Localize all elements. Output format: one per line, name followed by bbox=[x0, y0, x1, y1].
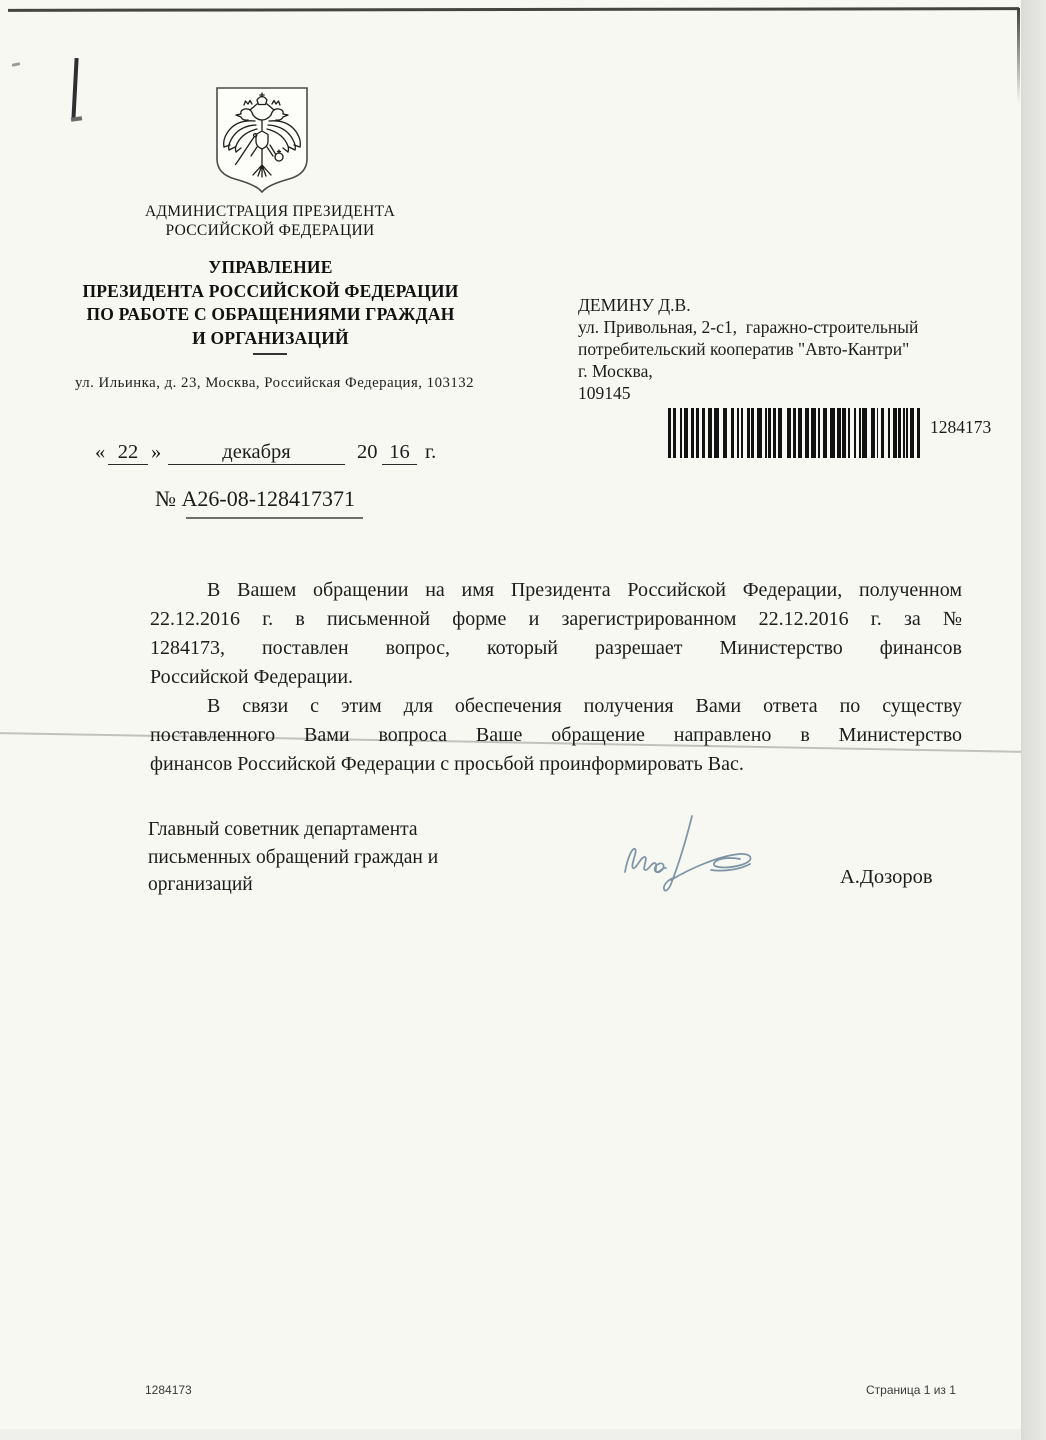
barcode-number: 1284173 bbox=[930, 417, 991, 438]
staple-mark bbox=[71, 58, 78, 120]
signer-title-line: организаций bbox=[148, 871, 438, 899]
scanner-background-bottom bbox=[0, 1429, 1021, 1440]
footer-page-info: Страница 1 из 1 bbox=[866, 1383, 956, 1397]
letter-body: В Вашем обращении на имя Президента Росс… bbox=[150, 576, 962, 779]
letterhead-divider bbox=[253, 353, 287, 355]
recipient-address-line: потребительский кооператив "Авто-Кантри" bbox=[578, 338, 918, 360]
scanner-background-right bbox=[1021, 0, 1046, 1440]
body-line: В Вашем обращении на имя Президента Росс… bbox=[150, 576, 962, 605]
signer-title: Главный советник департамента письменных… bbox=[148, 816, 438, 899]
agency-line: РОССИЙСКОЙ ФЕДЕРАЦИИ bbox=[60, 221, 480, 240]
date-open-quote: « bbox=[95, 441, 105, 464]
state-emblem-icon bbox=[213, 85, 311, 195]
reference-number-underline bbox=[186, 517, 363, 519]
staple-mark-foot bbox=[71, 116, 82, 121]
body-line: 1284173, поставлен вопрос, который разре… bbox=[150, 634, 962, 663]
recipient-postal-code: 109145 bbox=[578, 382, 918, 404]
body-line: Российской Федерации. bbox=[150, 663, 962, 692]
body-line: В связи с этим для обеспечения получения… bbox=[150, 692, 962, 721]
signer-title-line: письменных обращений граждан и bbox=[148, 844, 438, 872]
date-day: 22 bbox=[108, 441, 148, 465]
recipient-name: ДЕМИНУ Д.В. bbox=[578, 294, 918, 316]
body-line: поставленного Вами вопроса Ваше обращени… bbox=[150, 721, 962, 750]
body-line: финансов Российской Федерации с просьбой… bbox=[150, 750, 962, 779]
date-century: 20 bbox=[357, 441, 378, 464]
footer-document-number: 1284173 bbox=[145, 1383, 192, 1397]
department-line: УПРАВЛЕНИЕ bbox=[48, 256, 493, 280]
department-line: И ОРГАНИЗАЦИЙ bbox=[48, 327, 493, 351]
department-line: ПРЕЗИДЕНТА РОССИЙСКОЙ ФЕДЕРАЦИИ bbox=[48, 280, 493, 304]
date-era: г. bbox=[425, 441, 436, 464]
date-year: 16 bbox=[382, 441, 417, 465]
scan-edge-right bbox=[1017, 8, 1020, 103]
body-line: 22.12.2016 г. в письменной форме и зарег… bbox=[150, 605, 962, 634]
recipient-address-line: ул. Привольная, 2-с1, гаражно-строительн… bbox=[578, 316, 918, 338]
recipient-block: ДЕМИНУ Д.В. ул. Привольная, 2-с1, гаражн… bbox=[578, 294, 918, 404]
department-name: УПРАВЛЕНИЕ ПРЕЗИДЕНТА РОССИЙСКОЙ ФЕДЕРАЦ… bbox=[48, 256, 493, 350]
date-line: « 22 » декабря 20 16 г. bbox=[95, 441, 475, 471]
barcode-bars bbox=[668, 408, 921, 458]
handwritten-signature bbox=[613, 806, 773, 906]
date-close-quote: » bbox=[151, 441, 161, 464]
signer-name: А.Дозоров bbox=[840, 866, 933, 889]
signer-title-line: Главный советник департамента bbox=[148, 816, 438, 844]
agency-line: АДМИНИСТРАЦИЯ ПРЕЗИДЕНТА bbox=[60, 202, 480, 221]
reference-number: № А26-08-128417371 bbox=[155, 486, 355, 512]
scan-edge-top bbox=[8, 7, 1019, 12]
scanned-letter-page: АДМИНИСТРАЦИЯ ПРЕЗИДЕНТА РОССИЙСКОЙ ФЕДЕ… bbox=[0, 0, 1021, 1429]
department-line: ПО РАБОТЕ С ОБРАЩЕНИЯМИ ГРАЖДАН bbox=[48, 303, 493, 327]
scan-speck bbox=[12, 62, 20, 67]
agency-name: АДМИНИСТРАЦИЯ ПРЕЗИДЕНТА РОССИЙСКОЙ ФЕДЕ… bbox=[60, 202, 480, 240]
recipient-city: г. Москва, bbox=[578, 360, 918, 382]
barcode bbox=[668, 408, 921, 458]
date-month: декабря bbox=[168, 441, 345, 465]
organization-address: ул. Ильинка, д. 23, Москва, Российская Ф… bbox=[75, 375, 474, 392]
